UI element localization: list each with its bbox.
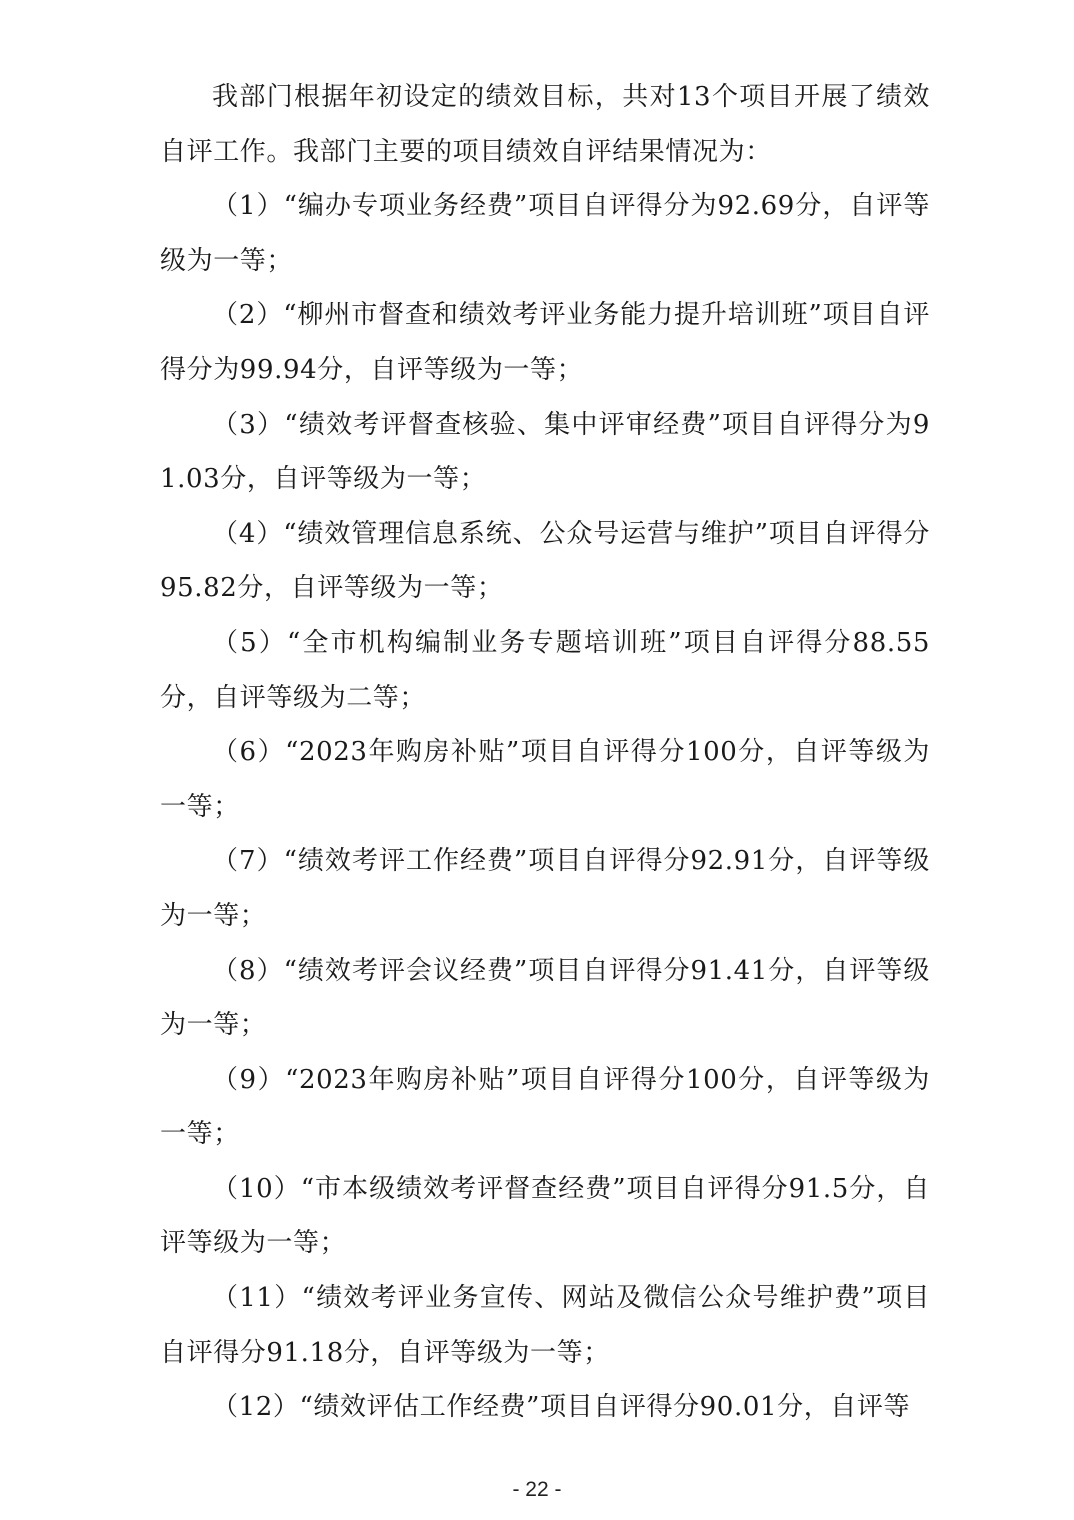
- project-result-11: （11）“绩效考评业务宣传、网站及微信公众号维护费”项目自评得分91.18分，自…: [160, 1271, 930, 1380]
- project-result-8: （8）“绩效考评会议经费”项目自评得分91.41分，自评等级为一等；: [160, 944, 930, 1053]
- project-result-6: （6）“2023年购房补贴”项目自评得分100分，自评等级为一等；: [160, 725, 930, 834]
- project-result-10: （10）“市本级绩效考评督查经费”项目自评得分91.5分，自评等级为一等；: [160, 1162, 930, 1271]
- page-number: - 22 -: [0, 1478, 1074, 1502]
- project-result-9: （9）“2023年购房补贴”项目自评得分100分，自评等级为一等；: [160, 1053, 930, 1162]
- project-result-3: （3）“绩效考评督查核验、集中评审经费”项目自评得分为91.03分，自评等级为一…: [160, 398, 930, 507]
- project-result-7: （7）“绩效考评工作经费”项目自评得分92.91分，自评等级为一等；: [160, 834, 930, 943]
- intro-paragraph: 我部门根据年初设定的绩效目标，共对13个项目开展了绩效自评工作。我部门主要的项目…: [160, 70, 930, 179]
- project-result-2: （2）“柳州市督查和绩效考评业务能力提升培训班”项目自评得分为99.94分，自评…: [160, 288, 930, 397]
- project-result-12: （12）“绩效评估工作经费”项目自评得分90.01分，自评等: [160, 1380, 930, 1435]
- document-page: 我部门根据年初设定的绩效目标，共对13个项目开展了绩效自评工作。我部门主要的项目…: [160, 70, 930, 1435]
- project-result-5: （5）“全市机构编制业务专题培训班”项目自评得分88.55分，自评等级为二等；: [160, 616, 930, 725]
- project-result-1: （1）“编办专项业务经费”项目自评得分为92.69分，自评等级为一等；: [160, 179, 930, 288]
- project-result-4: （4）“绩效管理信息系统、公众号运营与维护”项目自评得分95.82分，自评等级为…: [160, 507, 930, 616]
